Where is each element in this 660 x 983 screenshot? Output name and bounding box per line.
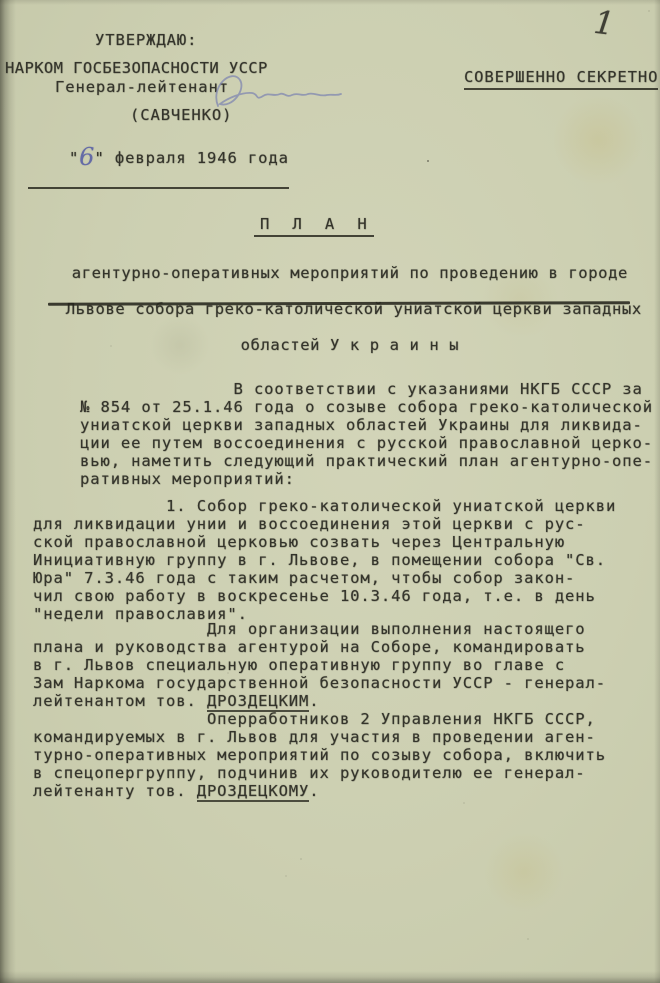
- approval-heading: УТВЕРЖДАЮ:: [95, 31, 197, 49]
- document-title: П Л А Н: [254, 215, 374, 237]
- document-page: 1 СОВЕРШЕННО СЕКРЕТНО УТВЕРЖДАЮ: НАРКОМ …: [0, 0, 660, 983]
- emphasized-name-drozdetsky: ДРОЗДЕЦКИМ: [207, 692, 309, 712]
- handwritten-page-number: 1: [592, 3, 617, 43]
- body-paragraph-4: Оперработников 2 Управления НКГБ СССР, к…: [33, 710, 606, 800]
- paragraph-3-tail: .: [309, 692, 319, 710]
- classification-stamp: СОВЕРШЕННО СЕКРЕТНО: [423, 50, 658, 104]
- body-paragraph-2: 1. Собор греко-католической униатской це…: [33, 497, 616, 623]
- paper-speckles: [427, 160, 429, 162]
- subtitle-line-1: агентурно-оперативных мероприятий по про…: [72, 264, 628, 282]
- body-paragraph-1: В соответствии с указаниями НКГБ СССР за…: [80, 380, 653, 488]
- document-subtitle: агентурно-оперативных мероприятий по про…: [26, 246, 634, 372]
- paragraph-4-tail: .: [309, 782, 319, 800]
- emphasized-name-drozdetsky-2: ДРОЗДЕЦКОМУ: [197, 782, 310, 802]
- body-paragraph-3: Для организации выполнения настоящего пл…: [33, 620, 606, 710]
- classification-text: СОВЕРШЕННО СЕКРЕТНО: [464, 68, 658, 90]
- date-quote-open: ": [69, 149, 79, 167]
- date-rest: " февраля 1946 года: [94, 149, 288, 167]
- subtitle-line-3: областей У к р а и н ы: [241, 336, 460, 354]
- approval-name: (САВЧЕНКО): [130, 106, 232, 124]
- handwritten-date-day: 6: [79, 143, 94, 171]
- approval-date: "6" февраля 1946 года: [28, 130, 289, 189]
